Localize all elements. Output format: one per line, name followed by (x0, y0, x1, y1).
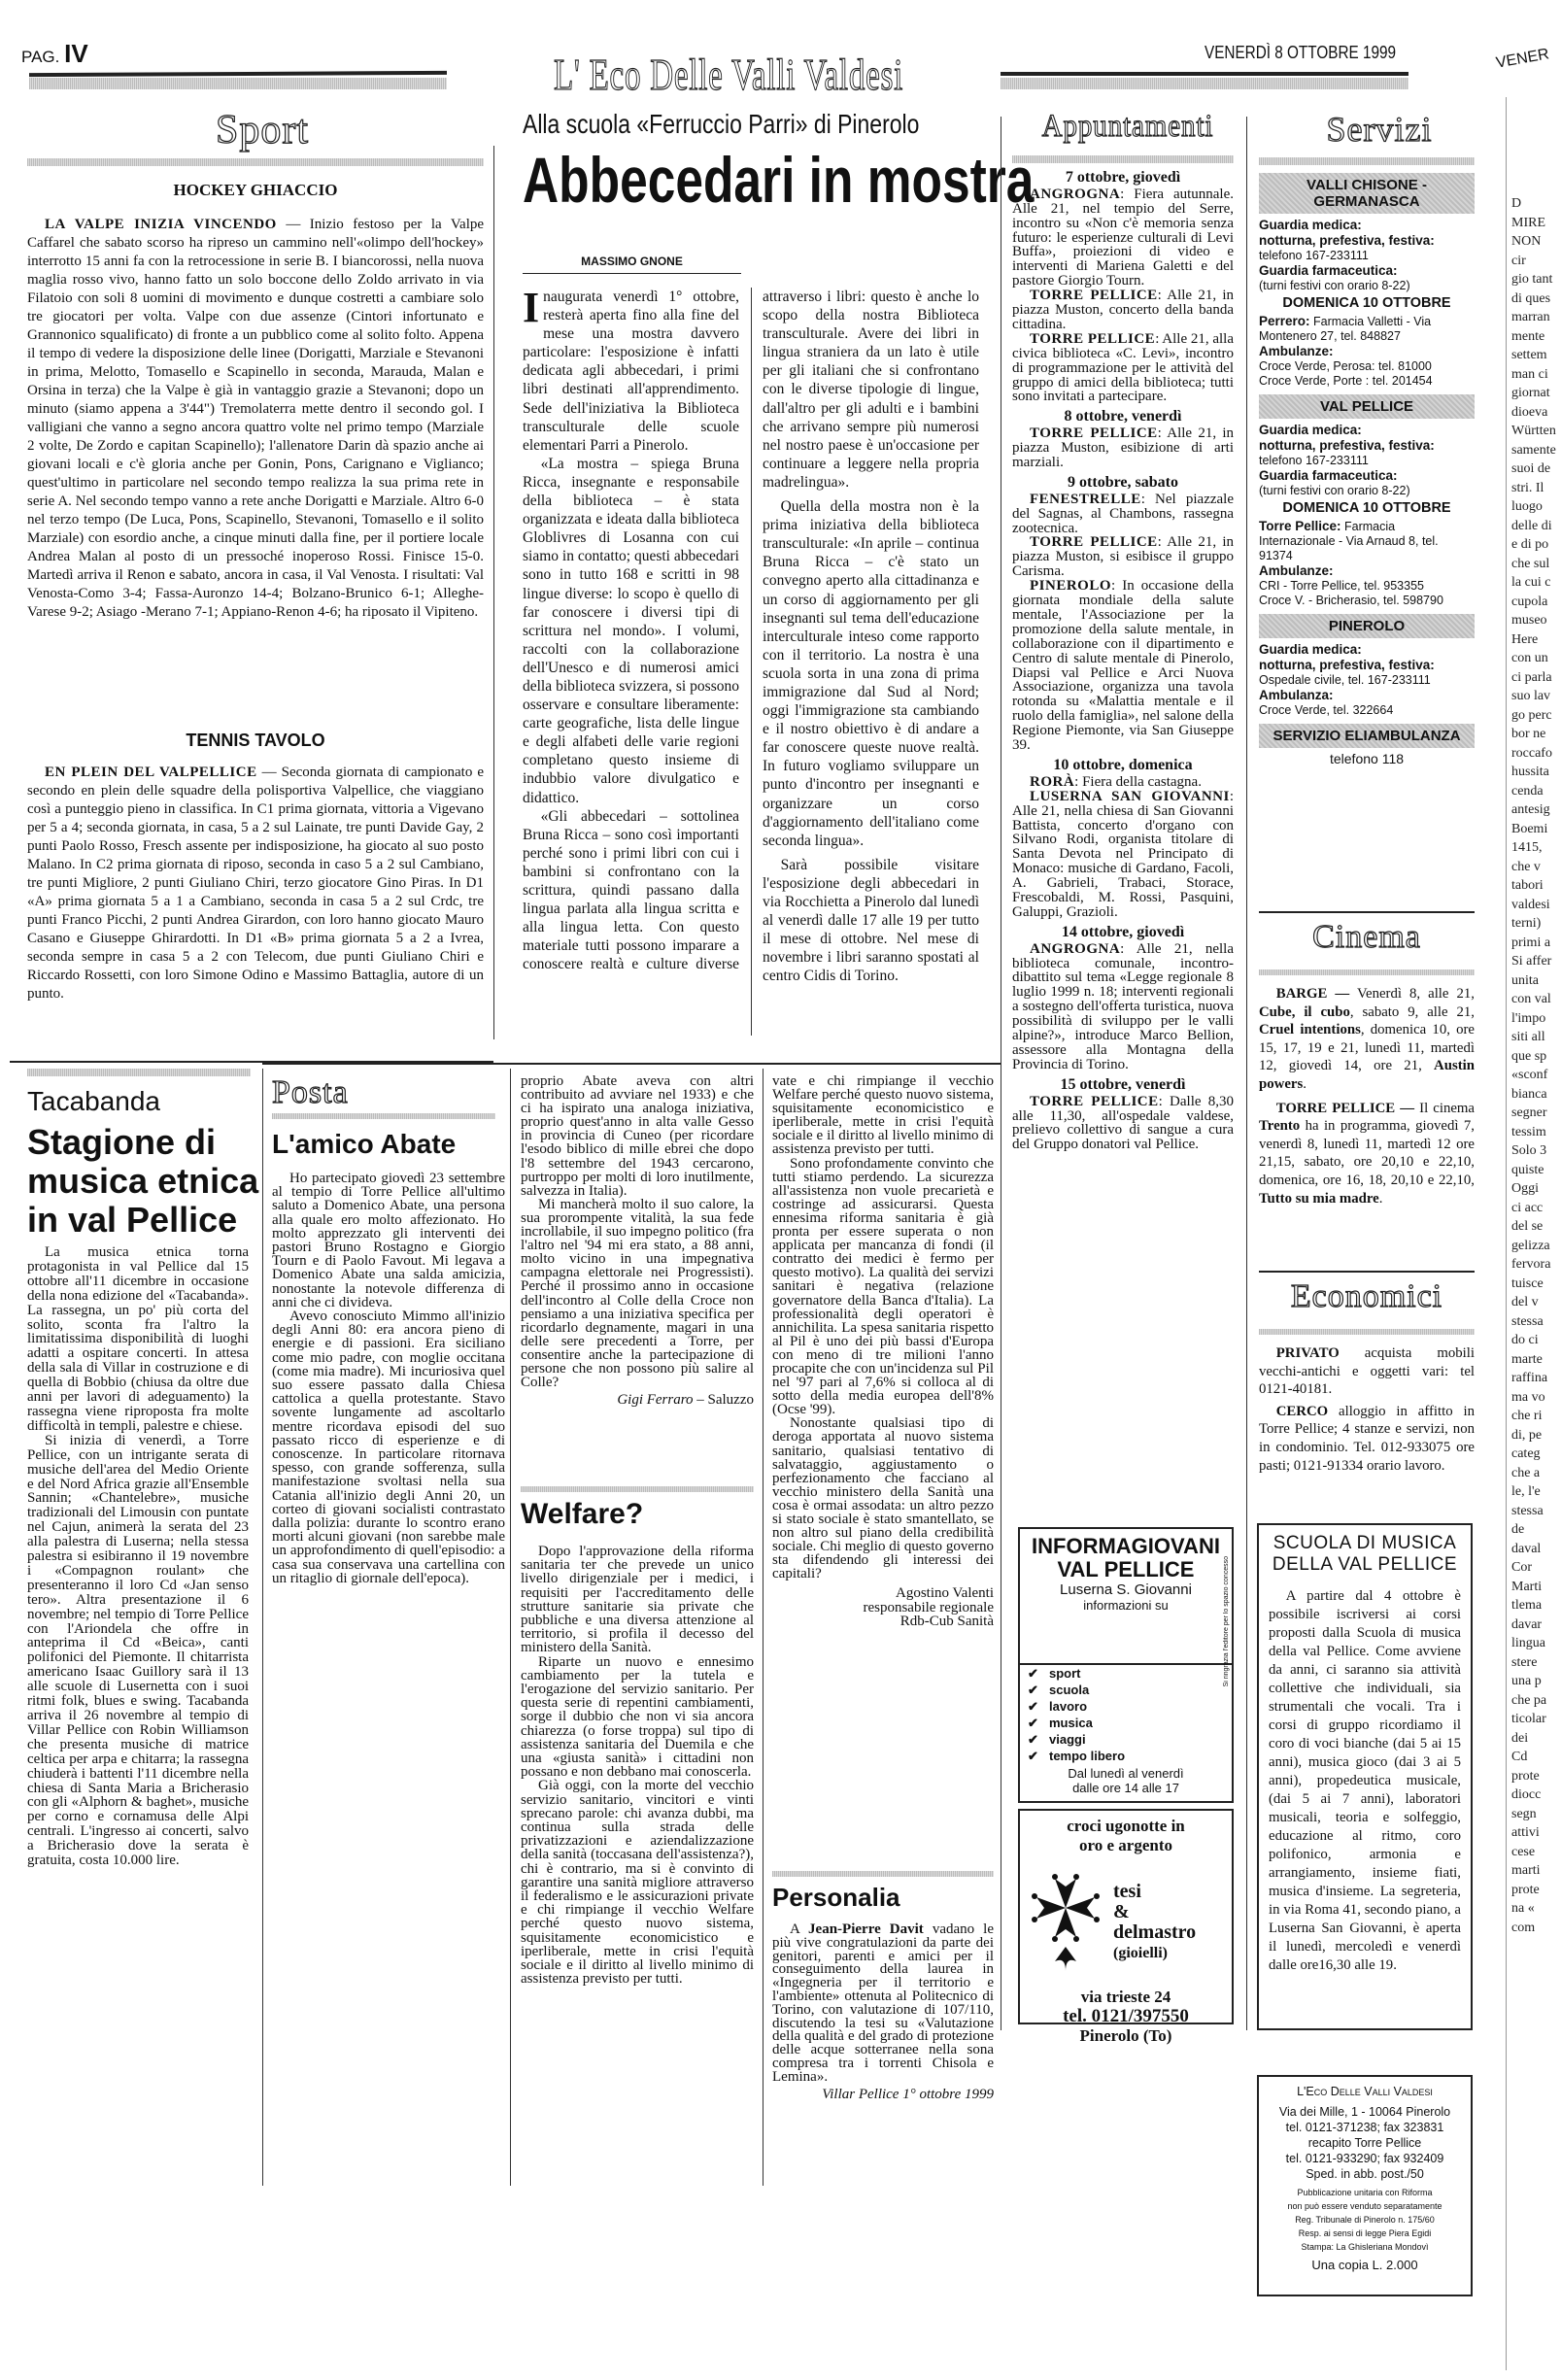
service-date: DOMENICA 10 OTTOBRE (1259, 501, 1475, 516)
abbecedari-kicker: Alla scuola «Ferruccio Parri» di Pinerol… (523, 109, 919, 140)
edge-fragment: marran (1511, 308, 1561, 327)
cinema-place: BARGE — (1276, 986, 1349, 1002)
page-edge (1506, 97, 1507, 2370)
place: TORRE PELLICE (1030, 1094, 1159, 1109)
edge-fragment: siti all (1511, 1028, 1561, 1047)
service-line: telefono 167-233111 (1259, 249, 1475, 263)
edge-fragment: marte (1511, 1350, 1561, 1370)
informagiovani-intro: informazioni su (1028, 1598, 1224, 1613)
colophon-line: Sped. in abb. post./50 (1259, 2166, 1471, 2182)
column-divider (763, 1069, 764, 2186)
edge-fragment: «sconf (1511, 1066, 1561, 1085)
edge-fragment: Oggi (1511, 1179, 1561, 1199)
service-area-band: SERVIZIO ELIAMBULANZA (1259, 724, 1475, 748)
informagiovani-ad: INFORMAGIOVANI VAL PELLICE Luserna S. Gi… (1018, 1527, 1234, 1665)
appointment-item: FENESTRELLE: Nel piazzale del Sagnas, al… (1012, 493, 1234, 536)
service-area-band: VALLI CHISONE - GERMANASCA (1259, 173, 1475, 214)
edge-fragment: bor ne (1511, 725, 1561, 744)
edge-fragment: tessim (1511, 1123, 1561, 1142)
topic-item: ✔musica (1028, 1715, 1224, 1731)
appointment-item: TORRE PELLICE: Alle 21, in piazza Muston… (1012, 535, 1234, 579)
appointment-item: RORÀ: Fiera della castagna. (1012, 775, 1234, 790)
posta-letter-col2: Quando lo conobbi aveva quasi 80 anni ma… (521, 1074, 754, 1407)
scuola-musica-title: SCUOLA DI MUSICA DELLA VAL PELLICE (1269, 1533, 1461, 1576)
paragraph: Già oggi, con la morte del vecchio servi… (521, 1779, 754, 1986)
edge-fragment: Württen (1511, 422, 1561, 441)
colophon-name: L'Eco Delle Valli Valdesi (1259, 2085, 1471, 2098)
paragraph: «La mostra – spiega Bruna Ricca, insegna… (523, 455, 739, 807)
service-line: telefono 167-233111 (1259, 454, 1475, 468)
service-label: Ambulanze: (1259, 344, 1334, 358)
cinema-list: BARGE — Venerdì 8, alle 21, Cube, il cub… (1259, 985, 1475, 1213)
masthead-rule-right (1001, 72, 1408, 76)
address: via trieste 24 (1026, 1988, 1226, 2007)
edge-fragment: stere (1511, 1653, 1561, 1673)
edge-fragment: giornat (1511, 384, 1561, 403)
service-label: Guardia farmaceutica: (1259, 263, 1398, 278)
section-divider (262, 1063, 1001, 1065)
section-rule (1012, 155, 1234, 163)
service-line: Guardia farmaceutica: (1259, 263, 1475, 279)
edge-fragment: del se (1511, 1217, 1561, 1237)
edge-fragment: prote (1511, 1881, 1561, 1900)
brand-line: tesi (1113, 1882, 1196, 1902)
signature-line: responsabile regionale (772, 1601, 994, 1615)
topic-item: ✔lavoro (1028, 1698, 1224, 1715)
topic-item: ✔scuola (1028, 1682, 1224, 1698)
abbecedari-article: Inaugurata venerdì 1° ottobre, resterà a… (523, 288, 979, 1036)
edge-fragment: con val (1511, 990, 1561, 1009)
topic-label: tempo libero (1049, 1749, 1125, 1763)
service-value: Croce Verde, tel. 322664 (1259, 703, 1393, 717)
colophon-line: tel. 0121-371238; fax 323831 (1259, 2120, 1471, 2135)
appointment-text: : In occasione della giornata mondiale d… (1012, 578, 1234, 753)
informagiovani-side-note: Si ringrazia l'editore per lo spazio con… (1223, 1556, 1230, 1686)
place: LUSERNA SAN GIOVANNI (1030, 789, 1230, 804)
ad-lead: PRIVATO (1276, 1345, 1340, 1361)
column-divider (1246, 117, 1247, 2030)
service-value: (turni festivi con orario 8-22) (1259, 484, 1410, 497)
edge-fragment: antesig (1511, 800, 1561, 820)
edge-fragment: dioeva (1511, 403, 1561, 423)
section-rule (1259, 157, 1475, 165)
text: vadano le più vive congratulazioni da pa… (772, 1921, 994, 2085)
colophon-small-line: Reg. Tribunale di Pinerolo n. 175/60 (1259, 2213, 1471, 2227)
service-label: Perrero: (1259, 314, 1310, 328)
edge-fragment: Here (1511, 630, 1561, 650)
edge-fragment: que sp (1511, 1047, 1561, 1067)
issue-date: VENERDÌ 8 OTTOBRE 1999 (1205, 43, 1396, 63)
service-line: notturna, prefestiva, festiva: (1259, 233, 1475, 249)
paragraph: Si inizia di venerdì, a Torre Pellice, c… (27, 1434, 249, 1868)
place: ANGROGNA (1030, 941, 1120, 957)
service-phone: telefono 118 (1259, 752, 1475, 766)
edge-fragment: valdesi (1511, 896, 1561, 915)
service-line: (turni festivi con orario 8-22) (1259, 279, 1475, 293)
informagiovani-ad-lower: ✔sport✔scuola✔lavoro✔musica✔viaggi✔tempo… (1018, 1663, 1234, 1803)
masthead-rule-left (29, 71, 447, 77)
colophon-lines: Via dei Mille, 1 - 10064 Pinerolotel. 01… (1259, 2104, 1471, 2182)
edge-fragment: Solo 3 (1511, 1141, 1561, 1161)
title-line: croci ugonotte in (1026, 1817, 1226, 1836)
place: TORRE PELLICE (1030, 425, 1158, 441)
text: Il cinema (1414, 1101, 1475, 1116)
paragraph: Dopo l'approvazione della riforma sanita… (521, 1545, 754, 1655)
edge-fragment: roccafo (1511, 744, 1561, 764)
service-line: (turni festivi con orario 8-22) (1259, 484, 1475, 498)
section-title-economici: Economici (1259, 1278, 1475, 1315)
check-icon: ✔ (1028, 1748, 1049, 1764)
edge-fragment: Si affer (1511, 952, 1561, 971)
appointment-text: : Fiera della castagna. (1074, 774, 1202, 790)
appointment-date: 15 ottobre, venerdì (1012, 1078, 1234, 1093)
place: FENESTRELLE (1030, 492, 1141, 507)
service-value: telefono 167-233111 (1259, 249, 1369, 262)
column-divider (510, 1069, 511, 2186)
paragraph: Quella della mostra non è la prima inizi… (763, 497, 979, 850)
paragraph: La musica etnica torna protagonista in v… (27, 1245, 249, 1434)
masthead-hatch-left (29, 78, 447, 89)
abbecedari-headline: Abbecedari in mostra (523, 146, 1034, 214)
edge-fragment: go perc (1511, 706, 1561, 726)
hockey-heading: HOCKEY GHIACCIO (27, 181, 484, 200)
phone: tel. 0121/397550 (1026, 2007, 1226, 2026)
scuola-musica-box: SCUOLA DI MUSICA DELLA VAL PELLICE A par… (1257, 1523, 1473, 2030)
service-value: Croce Verde, Perosa: tel. 81000 (1259, 359, 1432, 373)
appointment-date: 14 ottobre, giovedì (1012, 926, 1234, 940)
edge-fragment: dei (1511, 1729, 1561, 1749)
paragraph: naugurata venerdì 1° ottobre, resterà ap… (523, 289, 739, 454)
appointment-item: PINEROLO: In occasione della giornata mo… (1012, 579, 1234, 753)
service-line: Croce Verde, Porte : tel. 201454 (1259, 374, 1475, 389)
cinema-entry: BARGE — Venerdì 8, alle 21, Cube, il cub… (1259, 985, 1475, 1094)
edge-fragment: la cui c (1511, 573, 1561, 593)
appointment-item: TORRE PELLICE: Alle 21, in piazza Muston… (1012, 289, 1234, 332)
topic-label: musica (1049, 1716, 1093, 1730)
service-line: Ospedale civile, tel. 167-233111 (1259, 673, 1475, 688)
service-label: notturna, prefestiva, festiva: (1259, 658, 1435, 672)
service-value: Ospedale civile, tel. 167-233111 (1259, 673, 1431, 687)
service-label: Ambulanza: (1259, 688, 1334, 702)
section-rule (1259, 969, 1475, 975)
tacabanda-headline: Stagione di musica etnica in val Pellice (27, 1123, 260, 1240)
classified-ad: CERCO alloggio in affitto in Torre Pelli… (1259, 1403, 1475, 1475)
edge-fragment: attivi (1511, 1823, 1561, 1843)
topic-label: sport (1049, 1666, 1081, 1681)
posta-headline: L'amico Abate (272, 1129, 456, 1160)
column-divider (262, 1069, 263, 2186)
ad-brand-row: tesi & delmastro (gioielli) (1026, 1869, 1226, 1976)
edge-fragment: diocc (1511, 1785, 1561, 1805)
edge-fragment: che v (1511, 858, 1561, 877)
check-icon: ✔ (1028, 1731, 1049, 1748)
tennis-text: — Seconda giornata di campionato e secon… (27, 765, 484, 1002)
edge-fragment: tuisce (1511, 1275, 1561, 1294)
edge-fragment: terni) (1511, 914, 1561, 934)
welfare-signature: Agostino Valentiresponsabile regionaleRd… (772, 1586, 994, 1627)
column-divider (1001, 117, 1001, 2030)
service-line: Guardia medica: (1259, 423, 1475, 438)
edge-fragment: samente (1511, 441, 1561, 460)
section-title-cinema: Cinema (1259, 919, 1475, 956)
edge-fragment: marti (1511, 1861, 1561, 1881)
huguenot-cross-icon (1026, 1869, 1105, 1976)
informagiovani-location: Luserna S. Giovanni (1028, 1581, 1224, 1598)
edge-fragment: MIRE (1511, 214, 1561, 233)
service-line: notturna, prefestiva, festiva: (1259, 658, 1475, 673)
edge-fragment: le, l'e (1511, 1482, 1561, 1502)
edge-fragment: una p (1511, 1672, 1561, 1691)
economici-list: PRIVATO acquista mobili vecchi-antichi e… (1259, 1344, 1475, 1479)
paragraph: proprio Abate aveva con altri contribuit… (521, 1074, 754, 1198)
edge-fragment: che ri (1511, 1407, 1561, 1426)
welfare-headline: Welfare? (521, 1498, 643, 1531)
edge-fragment: delle di (1511, 517, 1561, 536)
edge-fragment: ticolar (1511, 1710, 1561, 1729)
colophon-small-line: Pubblicazione unitaria con Riforma (1259, 2186, 1471, 2199)
topic-label: lavoro (1049, 1699, 1087, 1714)
byline-rule (523, 273, 741, 274)
cinema-place: TORRE PELLICE — (1276, 1101, 1414, 1116)
edge-fragment: segner (1511, 1104, 1561, 1123)
service-label: Guardia medica: (1259, 423, 1362, 437)
ad-brand: tesi & delmastro (gioielli) (1113, 1882, 1196, 1963)
masthead-title: L' Eco Delle Valli Valdesi (532, 51, 924, 99)
edge-fragment: gio tant (1511, 270, 1561, 289)
paragraph: Sono profondamente convinto che tutti st… (772, 1157, 994, 1417)
service-line: Ambulanze: (1259, 344, 1475, 359)
signature-line: Rdb-Cub Sanità (772, 1615, 994, 1628)
edge-fragment: bianca (1511, 1085, 1561, 1105)
hours-line: dalle ore 14 alle 17 (1028, 1781, 1224, 1795)
section-title-sport: Sport (19, 107, 505, 153)
service-label: Guardia medica: (1259, 642, 1362, 657)
title-line: INFORMAGIOVANI (1028, 1535, 1224, 1558)
service-area-band: VAL PELLICE (1259, 394, 1475, 419)
edge-fragment: l'impo (1511, 1009, 1561, 1029)
text: , sabato 9, alle 21, (1350, 1004, 1475, 1020)
byline: MASSIMO GNONE (523, 255, 741, 268)
appointment-item: TORRE PELLICE: Dalle 8,30 alle 11,30, al… (1012, 1095, 1234, 1153)
section-rule (27, 1069, 251, 1076)
section-rule (521, 1486, 754, 1492)
edge-fragment: mente (1511, 327, 1561, 347)
topic-list: ✔sport✔scuola✔lavoro✔musica✔viaggi✔tempo… (1028, 1665, 1224, 1764)
section-rule (27, 158, 484, 166)
edge-fragment: com (1511, 1919, 1561, 1938)
check-icon: ✔ (1028, 1698, 1049, 1715)
check-icon: ✔ (1028, 1682, 1049, 1698)
welfare-col1: Dopo l'approvazione della riforma sanita… (521, 1545, 754, 2176)
edge-fragment: cese (1511, 1843, 1561, 1862)
appointment-date: 7 ottobre, giovedì (1012, 171, 1234, 186)
edge-fragment: unita (1511, 971, 1561, 991)
section-rule-top (1259, 911, 1475, 913)
drop-cap: I (523, 289, 539, 326)
edge-fragment: D (1511, 194, 1561, 214)
edge-fragment: davar (1511, 1615, 1561, 1635)
personalia-article: A Jean-Pierre Davit vadano le più vive c… (772, 1923, 994, 2101)
classified-ad: PRIVATO acquista mobili vecchi-antichi e… (1259, 1344, 1475, 1399)
edge-fragment: lingua (1511, 1634, 1561, 1653)
colophon-small-line: non può essere venduto separatamente (1259, 2199, 1471, 2213)
film-title: Trento (1259, 1118, 1300, 1134)
informagiovani-title: INFORMAGIOVANI VAL PELLICE (1028, 1535, 1224, 1581)
service-line: notturna, prefestiva, festiva: (1259, 438, 1475, 454)
edge-fragment: che a (1511, 1464, 1561, 1483)
hockey-article: LA VALPE INIZIA VINCENDO — Inizio festos… (27, 216, 484, 622)
edge-fragment: di ques (1511, 289, 1561, 309)
place: TORRE PELLICE (1030, 331, 1155, 347)
edge-fragment: gelizza (1511, 1237, 1561, 1256)
appointment-item: LUSERNA SAN GIOVANNI: Alle 21, nella chi… (1012, 790, 1234, 920)
edge-fragment: segn (1511, 1805, 1561, 1824)
edge-fragment: suo lav (1511, 687, 1561, 706)
section-title-servizi: Servizi (1253, 109, 1506, 150)
topic-item: ✔tempo libero (1028, 1748, 1224, 1764)
paragraph: Sarà possibile visitare l'esposizione de… (763, 856, 979, 986)
title-line: VAL PELLICE (1028, 1558, 1224, 1581)
personalia-dateline: Villar Pellice 1° ottobre 1999 (772, 2089, 994, 2102)
edge-fragment: luogo (1511, 497, 1561, 517)
edge-fragment: ci parla (1511, 668, 1561, 688)
edge-fragment: stessa (1511, 1312, 1561, 1332)
cinema-entry: TORRE PELLICE — Il cinema Trento ha in p… (1259, 1100, 1475, 1208)
section-title-appuntamenti: Appuntamenti (1021, 109, 1235, 145)
tacabanda-kicker: Tacabanda (27, 1086, 160, 1117)
tennis-article: EN PLEIN DEL VALPELLICE — Seconda giorna… (27, 764, 484, 1003)
paragraph: Nonostante qualsiasi tipo di deroga appo… (772, 1416, 994, 1581)
service-value: (turni festivi con orario 8-22) (1259, 279, 1410, 292)
edge-fragment: Cd (1511, 1748, 1561, 1767)
ad-lead: CERCO (1276, 1404, 1328, 1419)
edge-fragment: di, pe (1511, 1426, 1561, 1445)
section-title-posta: Posta (272, 1074, 495, 1111)
appointment-date: 8 ottobre, venerdì (1012, 410, 1234, 425)
topic-label: viaggi (1049, 1732, 1086, 1747)
edge-fragment: ma vo (1511, 1388, 1561, 1408)
hockey-lead: LA VALPE INIZIA VINCENDO (45, 217, 277, 232)
edge-fragment: man ci (1511, 365, 1561, 385)
edge-fragment: de (1511, 1520, 1561, 1540)
colophon-small-line: Resp. ai sensi di legge Piera Egidi (1259, 2227, 1471, 2240)
colophon-box: L'Eco Delle Valli Valdesi Via dei Mille,… (1257, 2075, 1473, 2296)
welfare-col2: vate e chi rimpiange il vecchio Welfare … (772, 1074, 994, 1628)
service-line: Guardia farmaceutica: (1259, 468, 1475, 484)
signature-line: Agostino Valenti (772, 1586, 994, 1600)
hours: Dal lunedì al venerdì dalle ore 14 alle … (1028, 1766, 1224, 1795)
paragraph: Riparte un nuovo e ennesimo cambiamento … (521, 1655, 754, 1780)
edge-fragment: quiste (1511, 1161, 1561, 1180)
edge-fragment: do ci (1511, 1331, 1561, 1350)
servizi-list: VALLI CHISONE - GERMANASCAGuardia medica… (1259, 167, 1475, 766)
posta-signature: Gigi Ferraro – Saluzzo (521, 1393, 754, 1407)
service-line: Perrero: Farmacia Valletti - Via Montene… (1259, 314, 1475, 344)
section-rule (1259, 1329, 1475, 1335)
service-line: Ambulanze: (1259, 563, 1475, 579)
edge-fragment: stessa (1511, 1502, 1561, 1521)
edge-fragment: stri. Il (1511, 479, 1561, 498)
service-line: Guardia medica: (1259, 642, 1475, 658)
service-date: DOMENICA 10 OTTOBRE (1259, 296, 1475, 311)
edge-fragment: Boemi (1511, 820, 1561, 839)
edge-fragment: raffina (1511, 1369, 1561, 1388)
masthead-hatch-right (1001, 78, 1408, 89)
edge-fragment: con un (1511, 649, 1561, 668)
service-line: CRI - Torre Pellice, tel. 953355 (1259, 579, 1475, 594)
edge-fragment: e di po (1511, 535, 1561, 555)
edge-fragment: Cor (1511, 1558, 1561, 1578)
edge-fragment: cir (1511, 252, 1561, 271)
paragraph: Mi mancherà molto il suo calore, la sua … (521, 1198, 754, 1389)
posta-letter-col1: Ho partecipato giovedì 23 settembre al t… (272, 1172, 505, 2182)
service-value: Croce V. - Bricherasio, tel. 598790 (1259, 594, 1443, 607)
service-value: telefono 167-233111 (1259, 454, 1369, 467)
service-label: notturna, prefestiva, festiva: (1259, 438, 1435, 453)
appointment-date: 9 ottobre, sabato (1012, 476, 1234, 491)
edge-fragment: cupola (1511, 593, 1561, 612)
edge-fragment: museo (1511, 611, 1561, 630)
city: Pinerolo (To) (1026, 2026, 1226, 2046)
hockey-text: — Inizio festoso per la Valpe Caffarel c… (27, 217, 484, 620)
page-number: IV (64, 39, 88, 68)
service-label: Ambulanze: (1259, 563, 1334, 578)
topic-item: ✔viaggi (1028, 1731, 1224, 1748)
section-rule (272, 1113, 495, 1119)
brand-line: & (1113, 1902, 1196, 1922)
film-title: Tutto su mia madre (1259, 1191, 1379, 1207)
signature-place: – Saluzzo (696, 1392, 754, 1408)
text: . (1379, 1191, 1383, 1207)
edge-fragment: settem (1511, 346, 1561, 365)
appuntamenti-list: 7 ottobre, giovedìANGROGNA: Fiera autunn… (1012, 165, 1234, 1152)
paragraph: Avevo conosciuto Mimmo all'inizio degli … (272, 1309, 505, 1585)
paragraph: vate e chi rimpiange il vecchio Welfare … (772, 1074, 994, 1157)
colophon-line: recapito Torre Pellice (1259, 2135, 1471, 2151)
personalia-headline: Personalia (772, 1883, 900, 1913)
adjacent-page-edge: DMIRENONcirgio tantdi quesmarranmenteset… (1508, 0, 1561, 2380)
tennis-lead: EN PLEIN DEL VALPELLICE (45, 765, 257, 780)
edge-fragment: Marti (1511, 1578, 1561, 1597)
service-line: Torre Pellice: Farmacia Internazionale -… (1259, 519, 1475, 563)
ad-contact: via trieste 24 tel. 0121/397550 Pinerolo… (1026, 1988, 1226, 2046)
service-line: Croce Verde, tel. 322664 (1259, 703, 1475, 718)
service-line: Croce V. - Bricherasio, tel. 598790 (1259, 594, 1475, 608)
place: RORÀ (1030, 774, 1074, 790)
appointment-text: : Alle 21, nella chiesa di San Giovanni … (1012, 789, 1234, 920)
section-rule (772, 1871, 994, 1877)
column-divider (493, 146, 494, 1039)
service-label: Guardia farmaceutica: (1259, 468, 1398, 483)
croci-ugonotte-ad: croci ugonotte in oro e argento tesi & d… (1018, 1809, 1234, 2024)
service-label: Torre Pellice: (1259, 519, 1341, 533)
title-line: oro e argento (1026, 1836, 1226, 1855)
edge-fragment: NON (1511, 232, 1561, 252)
section-rule-top (1259, 1271, 1475, 1273)
edge-fragment: daval (1511, 1540, 1561, 1559)
appointment-item: ANGROGNA: Alle 21, nella biblioteca comu… (1012, 942, 1234, 1072)
appointment-item: TORRE PELLICE: Alle 21, alla civica bibl… (1012, 332, 1234, 405)
edge-fragment: na « (1511, 1899, 1561, 1919)
hours-line: Dal lunedì al venerdì (1028, 1766, 1224, 1781)
service-label: Guardia medica: (1259, 218, 1362, 232)
place: PINEROLO (1030, 578, 1111, 594)
paragraph: A partire dal 4 ottobre è possibile iscr… (1269, 1587, 1461, 1975)
film-title: Cube, il cubo (1259, 1004, 1350, 1020)
edge-fragment: categ (1511, 1445, 1561, 1464)
edge-fragment: che pa (1511, 1691, 1561, 1711)
edge-fragment: suoi de (1511, 459, 1561, 479)
